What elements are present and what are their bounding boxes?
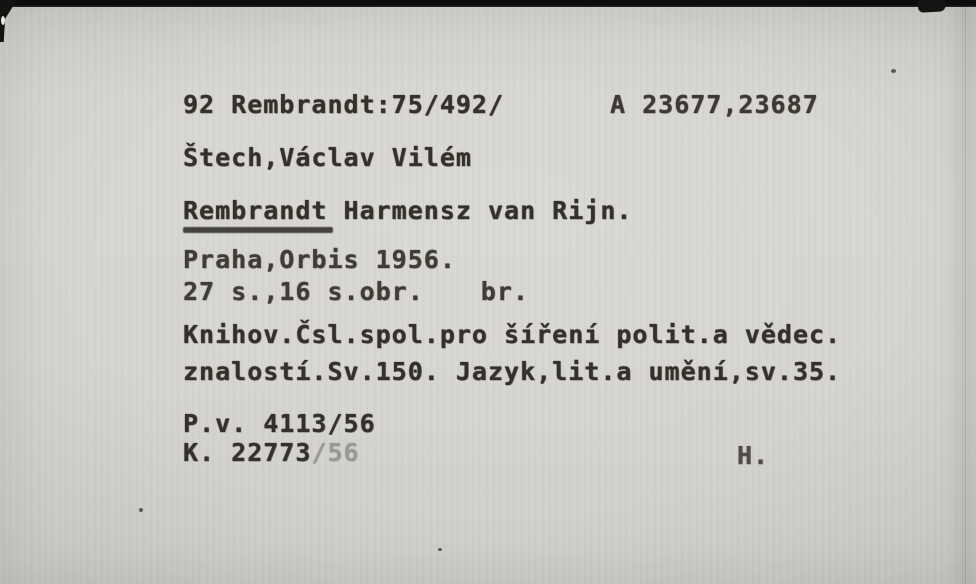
card-right-crease-line xyxy=(965,0,966,584)
scan-top-right-notch xyxy=(918,0,947,13)
catalog-card-scan: 92 Rembrandt:75/492/ A 23677,23687 Štech… xyxy=(0,0,976,584)
collation-line: 27 s.,16 s.obr.br. xyxy=(183,277,529,307)
binding-text: br. xyxy=(481,277,529,306)
scan-top-edge xyxy=(0,0,976,7)
title-underline xyxy=(183,227,333,233)
author-line: Štech,Václav Vilém xyxy=(183,143,472,173)
call-number: 92 Rembrandt:75/492/ xyxy=(183,90,504,120)
pv-number-line: P.v. 4113/56 xyxy=(183,409,376,439)
title-rest: Harmensz van Rijn. xyxy=(327,196,632,225)
accession-number: A 23677,23687 xyxy=(610,90,819,120)
title-underlined-word: Rembrandt xyxy=(183,196,327,225)
scan-corner-speck xyxy=(1,16,5,25)
k-number-main: K. 22773 xyxy=(183,438,311,467)
series-line-2: znalostí.Sv.150. Jazyk,lit.a umění,sv.35… xyxy=(183,357,841,387)
imprint-line: Praha,Orbis 1956. xyxy=(183,245,456,275)
paper-speck xyxy=(139,508,143,512)
series-line-1: Knihov.Čsl.spol.pro šíření polit.a vědec… xyxy=(183,320,841,350)
collation-text: 27 s.,16 s.obr. xyxy=(183,277,424,306)
card-right-crease xyxy=(948,0,976,584)
k-number-line: K. 22773/56 xyxy=(183,438,360,468)
paper-speck xyxy=(438,548,442,551)
cataloger-initial: H. xyxy=(737,441,769,471)
paper-speck xyxy=(891,69,896,73)
title-line: Rembrandt Harmensz van Rijn. xyxy=(183,196,632,226)
k-number-faded-suffix: /56 xyxy=(311,438,359,467)
